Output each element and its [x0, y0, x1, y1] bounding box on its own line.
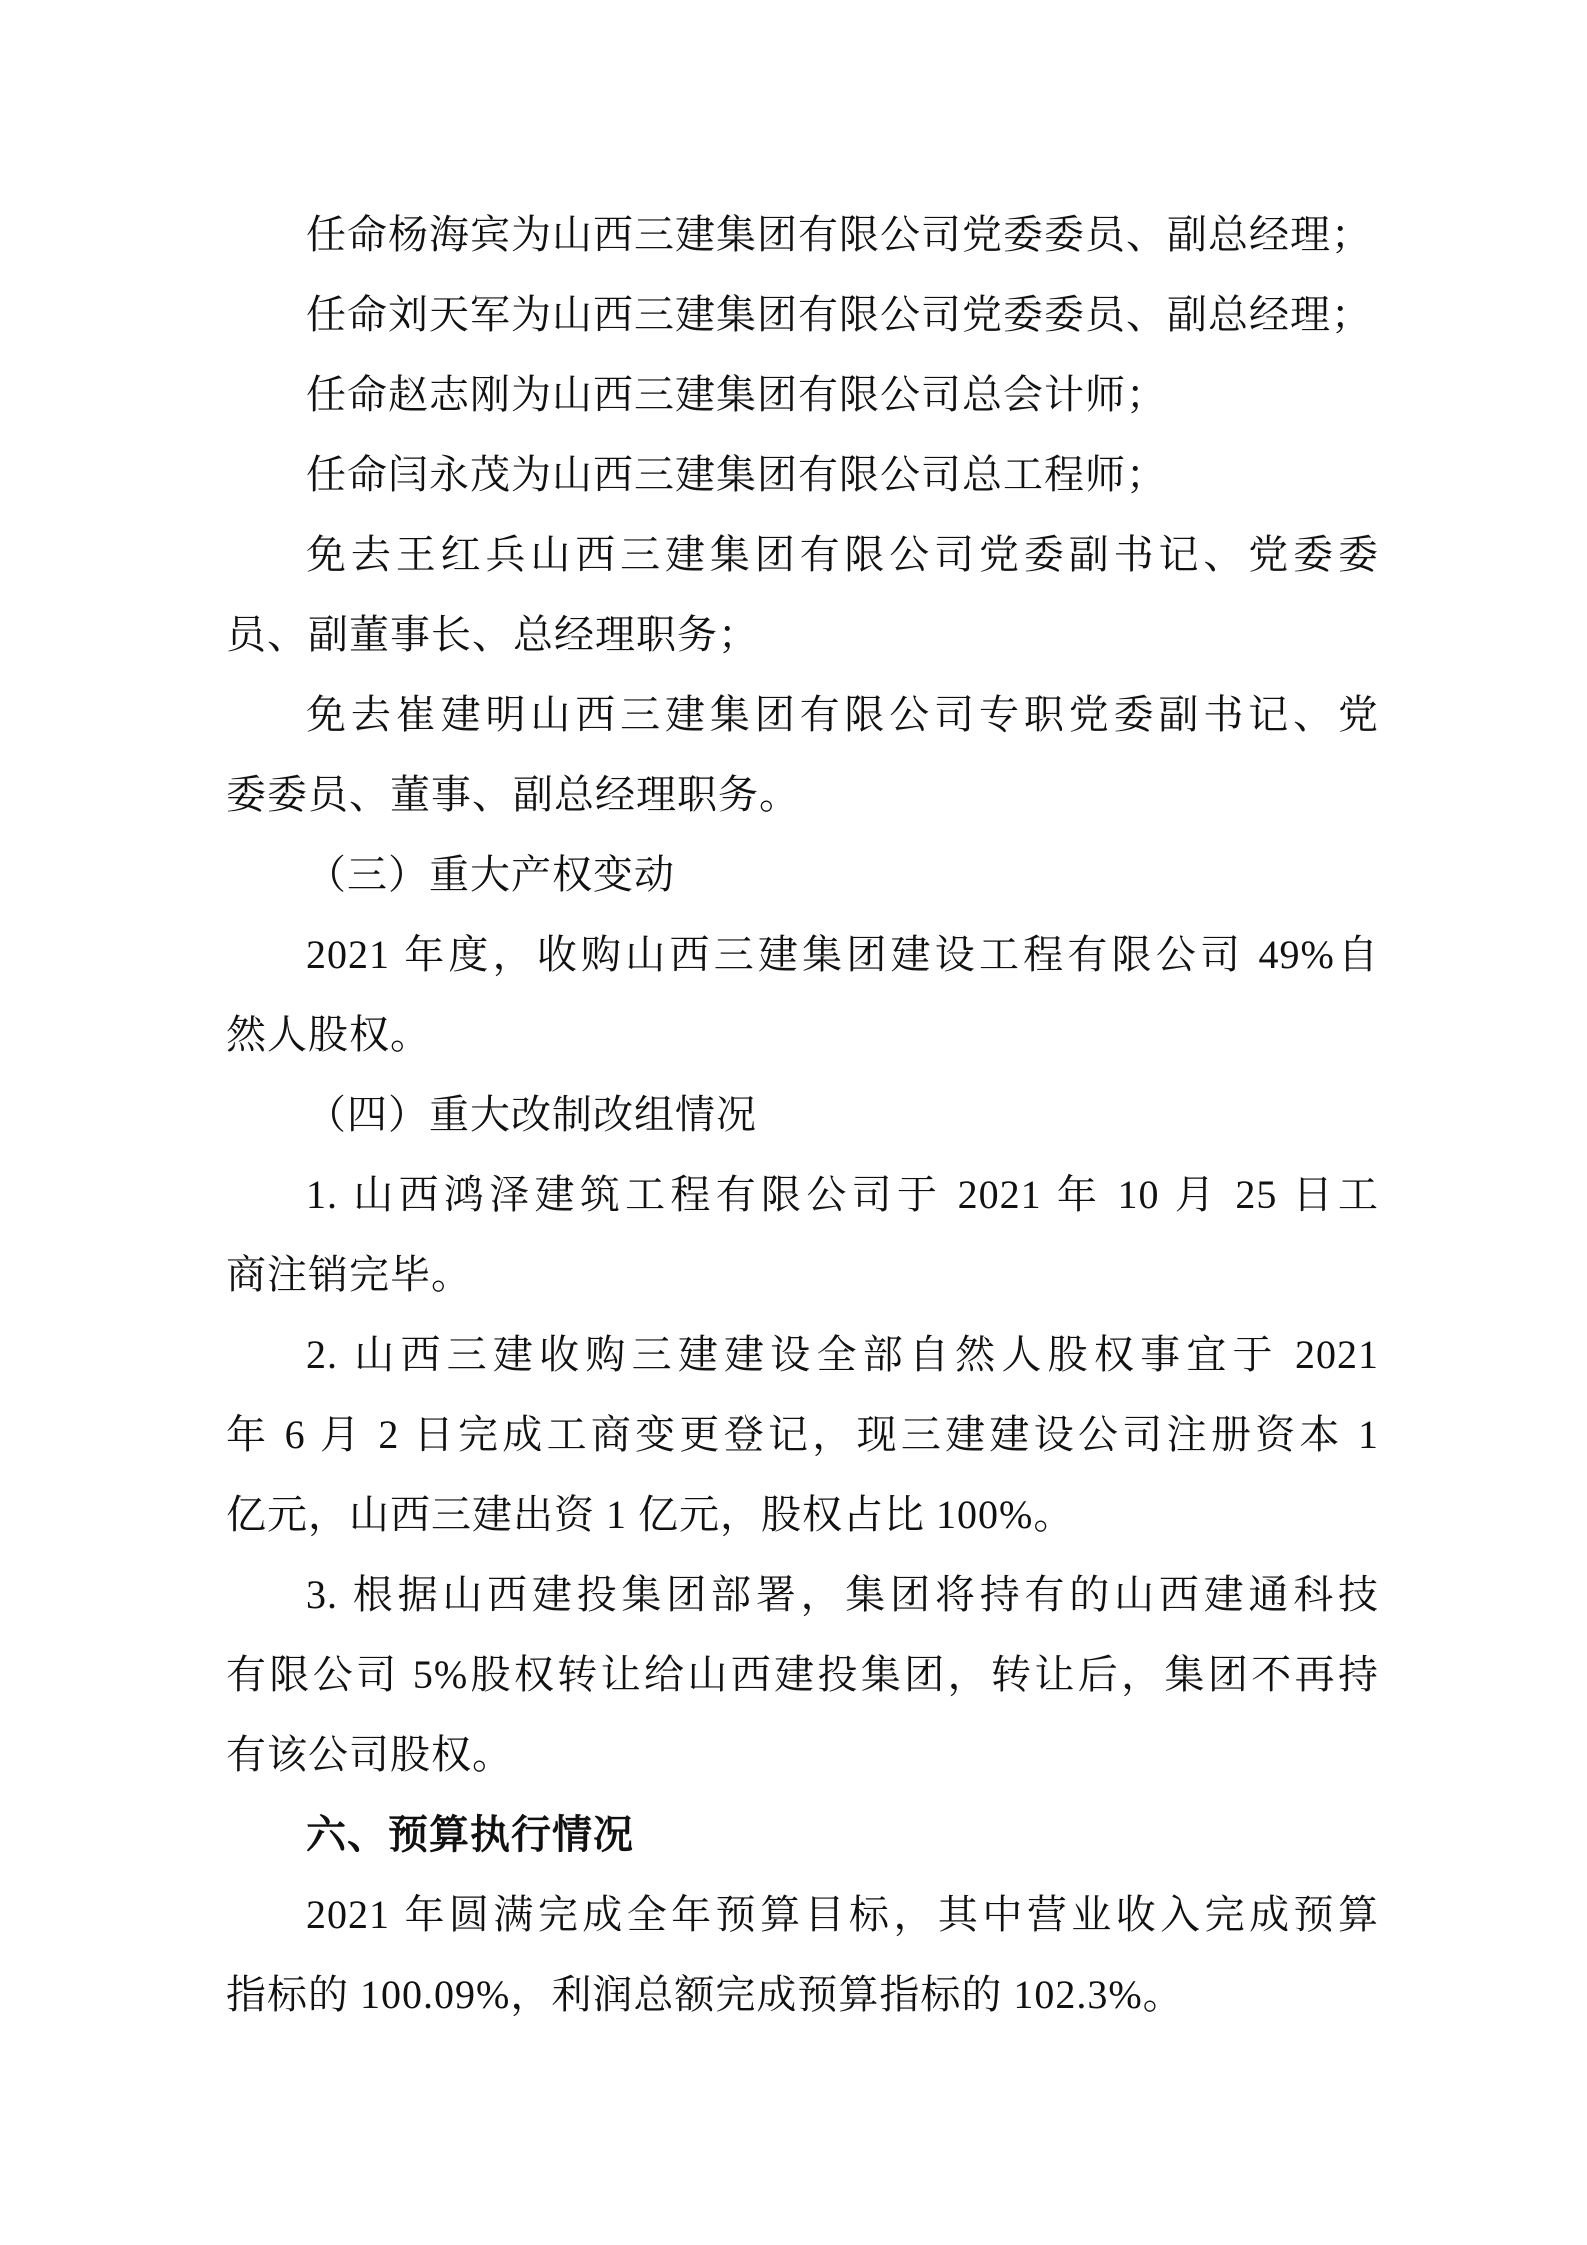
text-line: （四）重大改制改组情况 — [226, 1075, 1379, 1155]
appointment-zhao-zhigang: 任命赵志刚为山西三建集团有限公司总会计师； — [226, 355, 1379, 435]
text-line: 有限公司 5%股权转让给山西建投集团，转让后，集团不再持 — [226, 1635, 1379, 1715]
text-line: 指标的 100.09%，利润总额完成预算指标的 102.3%。 — [226, 1955, 1379, 2035]
text-line: 任命杨海宾为山西三建集团有限公司党委委员、副总经理； — [226, 195, 1379, 275]
para-budget-execution: 2021 年圆满完成全年预算目标，其中营业收入完成预算指标的 100.09%，利… — [226, 1875, 1379, 2035]
document-page: 任命杨海宾为山西三建集团有限公司党委委员、副总经理；任命刘天军为山西三建集团有限… — [0, 0, 1587, 2245]
document-body: 任命杨海宾为山西三建集团有限公司党委委员、副总经理；任命刘天军为山西三建集团有限… — [226, 195, 1379, 2035]
text-line: 2021 年度，收购山西三建集团建设工程有限公司 49%自 — [226, 915, 1379, 995]
para-restructuring-item-1: 1. 山西鸿泽建筑工程有限公司于 2021 年 10 月 25 日工商注销完毕。 — [226, 1155, 1379, 1315]
text-line: 有该公司股权。 — [226, 1715, 1379, 1795]
text-line: 然人股权。 — [226, 995, 1379, 1075]
text-line: 2. 山西三建收购三建建设全部自然人股权事宜于 2021 — [226, 1315, 1379, 1395]
heading-six-budget-execution: 六、预算执行情况 — [226, 1795, 1379, 1875]
appointment-liu-tianjun: 任命刘天军为山西三建集团有限公司党委委员、副总经理； — [226, 275, 1379, 355]
text-line: 任命刘天军为山西三建集团有限公司党委委员、副总经理； — [226, 275, 1379, 355]
para-restructuring-item-3: 3. 根据山西建投集团部署，集团将持有的山西建通科技有限公司 5%股权转让给山西… — [226, 1555, 1379, 1795]
appointment-yang-haibin: 任命杨海宾为山西三建集团有限公司党委委员、副总经理； — [226, 195, 1379, 275]
text-line: 任命赵志刚为山西三建集团有限公司总会计师； — [226, 355, 1379, 435]
text-line: 六、预算执行情况 — [226, 1795, 1379, 1875]
text-line: 商注销完毕。 — [226, 1235, 1379, 1315]
para-restructuring-item-2: 2. 山西三建收购三建建设全部自然人股权事宜于 2021年 6 月 2 日完成工… — [226, 1315, 1379, 1555]
appointment-yan-yongmao: 任命闫永茂为山西三建集团有限公司总工程师； — [226, 435, 1379, 515]
text-line: 任命闫永茂为山西三建集团有限公司总工程师； — [226, 435, 1379, 515]
text-line: 免去王红兵山西三建集团有限公司党委副书记、党委委 — [226, 515, 1379, 595]
dismissal-cui-jianming: 免去崔建明山西三建集团有限公司专职党委副书记、党委委员、董事、副总经理职务。 — [226, 675, 1379, 835]
text-line: （三）重大产权变动 — [226, 835, 1379, 915]
subheading-three-property-rights-change: （三）重大产权变动 — [226, 835, 1379, 915]
text-line: 员、副董事长、总经理职务； — [226, 595, 1379, 675]
para-property-rights-2021: 2021 年度，收购山西三建集团建设工程有限公司 49%自然人股权。 — [226, 915, 1379, 1075]
dismissal-wang-hongbing: 免去王红兵山西三建集团有限公司党委副书记、党委委员、副董事长、总经理职务； — [226, 515, 1379, 675]
text-line: 委委员、董事、副总经理职务。 — [226, 755, 1379, 835]
text-line: 1. 山西鸿泽建筑工程有限公司于 2021 年 10 月 25 日工 — [226, 1155, 1379, 1235]
text-line: 2021 年圆满完成全年预算目标，其中营业收入完成预算 — [226, 1875, 1379, 1955]
text-line: 免去崔建明山西三建集团有限公司专职党委副书记、党 — [226, 675, 1379, 755]
text-line: 亿元，山西三建出资 1 亿元，股权占比 100%。 — [226, 1475, 1379, 1555]
subheading-four-restructuring: （四）重大改制改组情况 — [226, 1075, 1379, 1155]
text-line: 年 6 月 2 日完成工商变更登记，现三建建设公司注册资本 1 — [226, 1395, 1379, 1475]
text-line: 3. 根据山西建投集团部署，集团将持有的山西建通科技 — [226, 1555, 1379, 1635]
